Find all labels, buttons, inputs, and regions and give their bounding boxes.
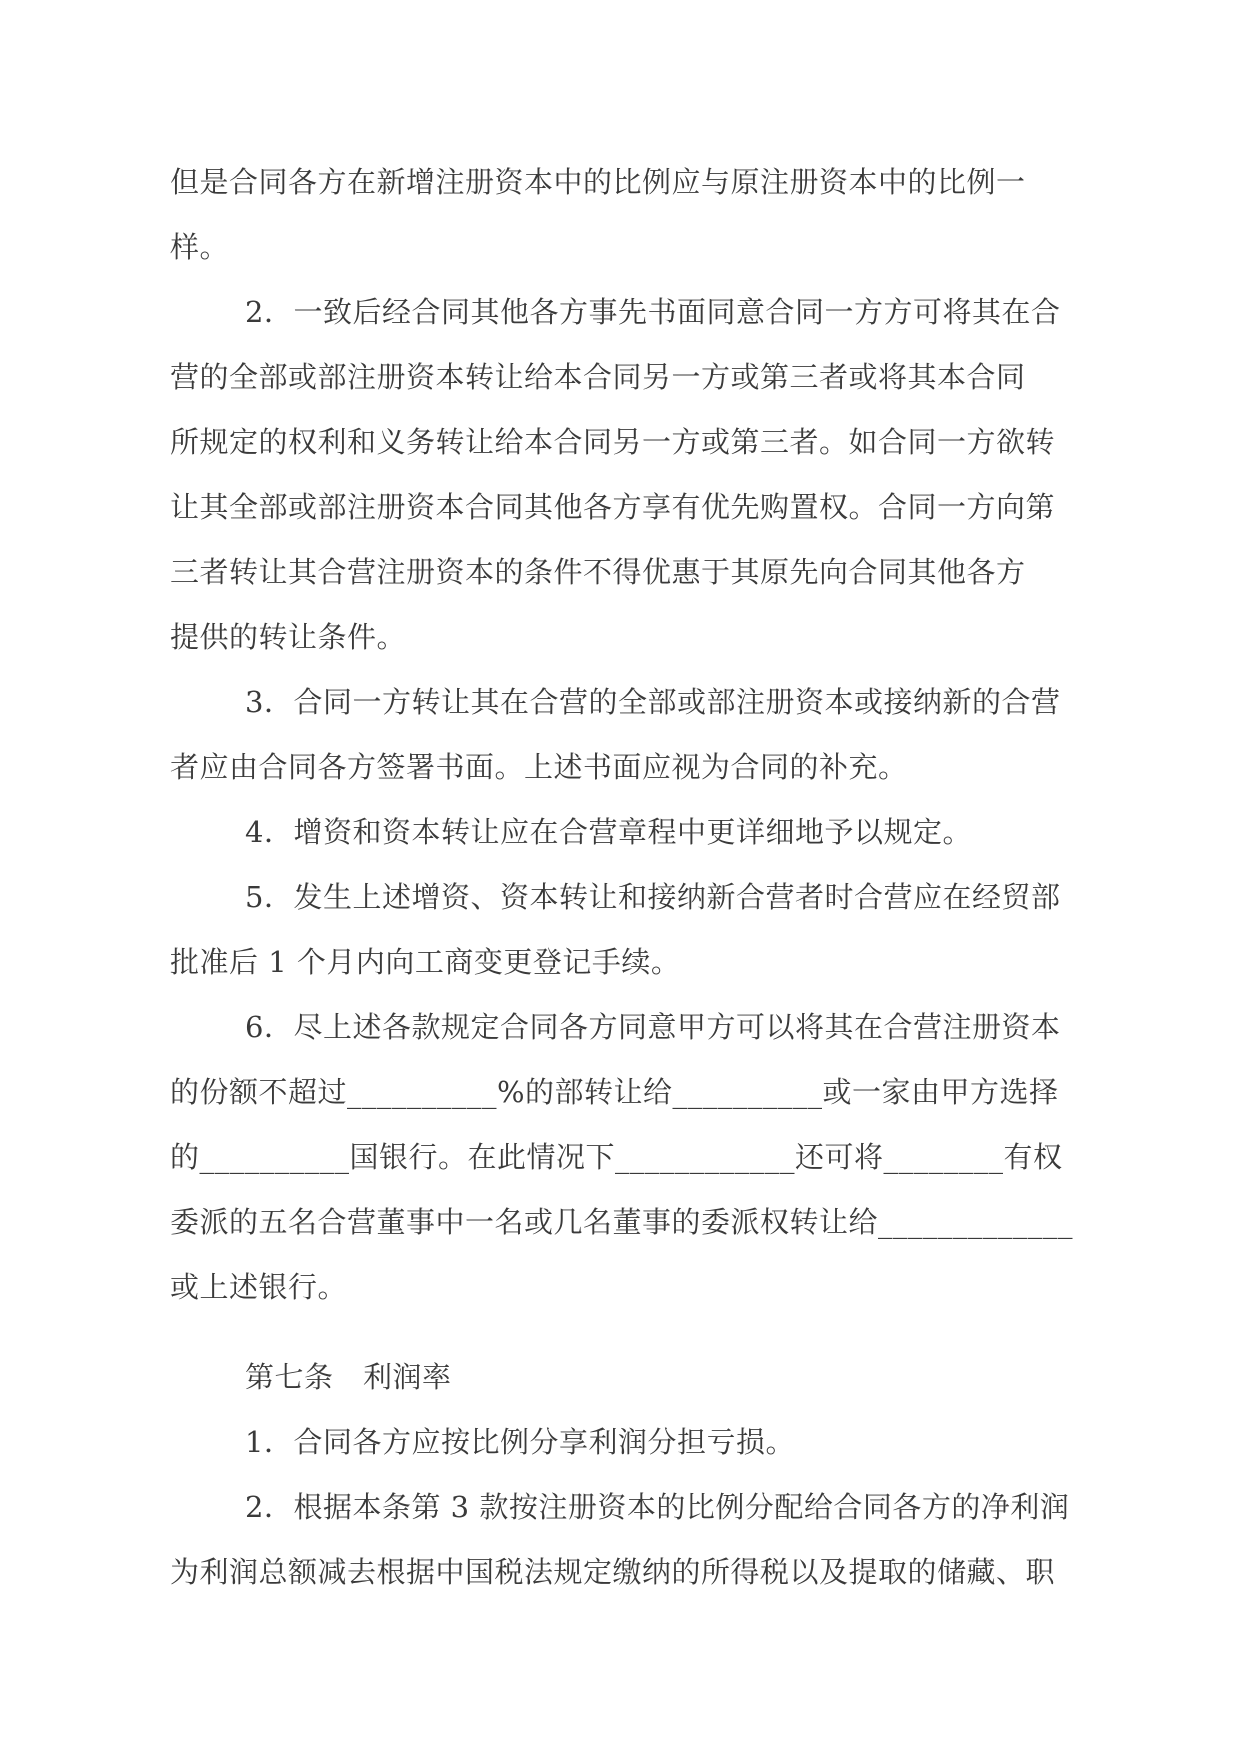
doc-line-with-blanks: 委派的五名合营董事中一名或几名董事的委派权转让给_____________ xyxy=(170,1190,1060,1255)
doc-line: 样。 xyxy=(170,215,1060,280)
doc-line: 营的全部或部注册资本转让给本合同另一方或第三者或将其本合同 xyxy=(170,345,1060,410)
doc-line: 三者转让其合营注册资本的条件不得优惠于其原先向合同其他各方 xyxy=(170,540,1060,605)
doc-line: 提供的转让条件。 xyxy=(170,605,1060,670)
doc-line-item-1: 1．合同各方应按比例分享利润分担亏损。 xyxy=(170,1410,1060,1475)
doc-line: 为利润总额减去根据中国税法规定缴纳的所得税以及提取的储藏、职 xyxy=(170,1540,1060,1605)
contract-text-block: 但是合同各方在新增注册资本中的比例应与原注册资本中的比例一 样。 2．一致后经合… xyxy=(170,150,1060,1605)
doc-line-clause-5: 5．发生上述增资、资本转让和接纳新合营者时合营应在经贸部 xyxy=(170,865,1060,930)
doc-line-with-blanks: 的份额不超过__________%的部转让给__________或一家由甲方选择 xyxy=(170,1060,1060,1125)
doc-line-clause-4: 4．增资和资本转让应在合营章程中更详细地予以规定。 xyxy=(170,800,1060,865)
doc-line: 者应由合同各方签署书面。上述书面应视为合同的补充。 xyxy=(170,735,1060,800)
doc-line-item-2: 2．根据本条第 3 款按注册资本的比例分配给合同各方的净利润 xyxy=(170,1475,1060,1540)
doc-line-clause-3: 3．合同一方转让其在合营的全部或部注册资本或接纳新的合营 xyxy=(170,670,1060,735)
document-page: 但是合同各方在新增注册资本中的比例应与原注册资本中的比例一 样。 2．一致后经合… xyxy=(0,0,1241,1754)
doc-line: 或上述银行。 xyxy=(170,1255,1060,1320)
section-heading-article-7: 第七条 利润率 xyxy=(170,1345,1060,1410)
doc-line-clause-6: 6．尽上述各款规定合同各方同意甲方可以将其在合营注册资本 xyxy=(170,995,1060,1060)
doc-line-clause-2: 2．一致后经合同其他各方事先书面同意合同一方方可将其在合 xyxy=(170,280,1060,345)
doc-line-with-blanks: 的__________国银行。在此情况下____________还可将_____… xyxy=(170,1125,1060,1190)
doc-line: 批准后 1 个月内向工商变更登记手续。 xyxy=(170,930,1060,995)
doc-line: 让其全部或部注册资本合同其他各方享有优先购置权。合同一方向第 xyxy=(170,475,1060,540)
doc-line: 所规定的权利和义务转让给本合同另一方或第三者。如合同一方欲转 xyxy=(170,410,1060,475)
doc-line: 但是合同各方在新增注册资本中的比例应与原注册资本中的比例一 xyxy=(170,150,1060,215)
